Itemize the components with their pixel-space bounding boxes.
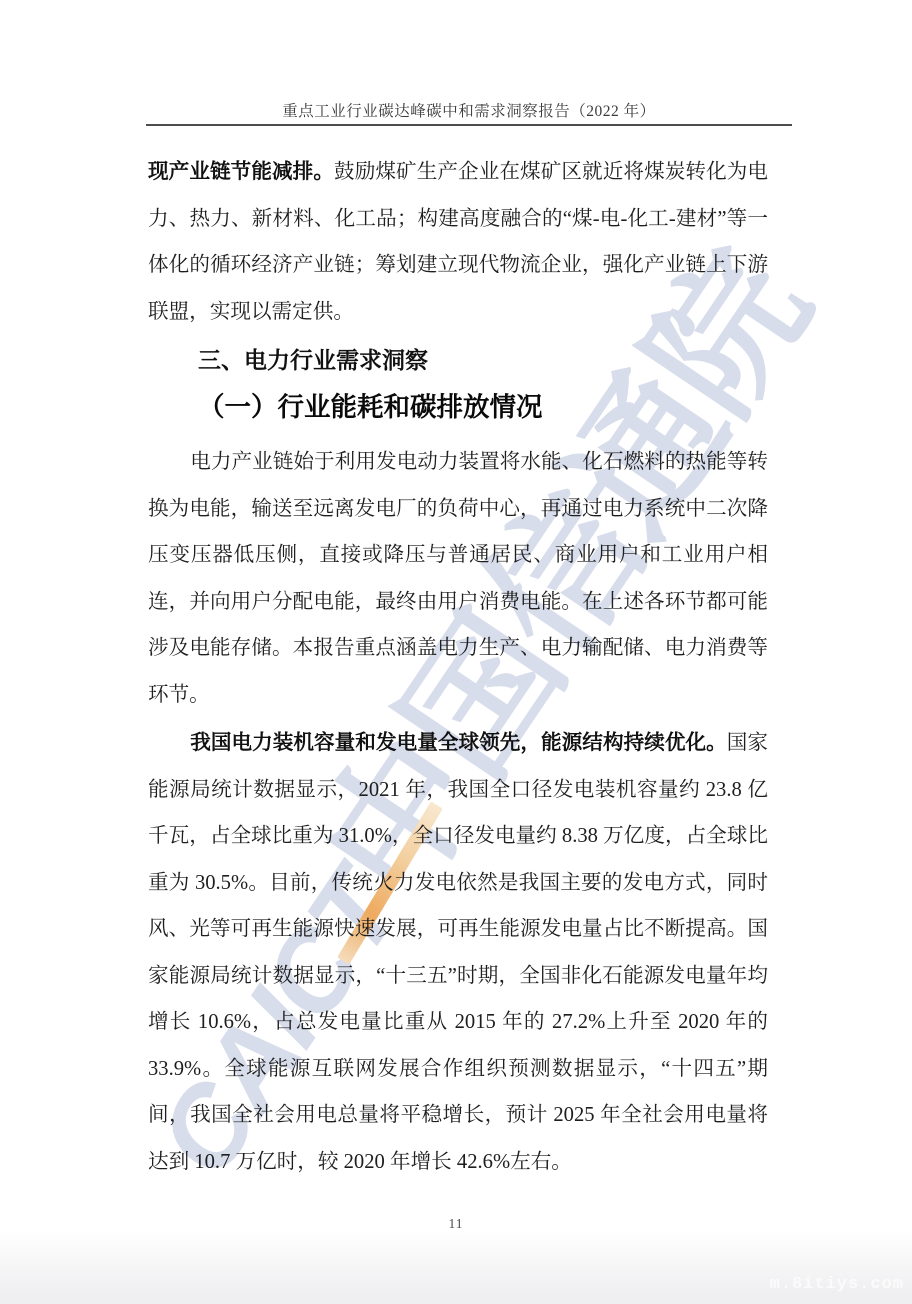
running-header-title: 重点工业行业碳达峰碳中和需求洞察报告（2022 年） <box>146 99 792 121</box>
subsection-heading-energy-carbon: （一）行业能耗和碳排放情况 <box>198 387 768 427</box>
paragraph-text: 鼓励煤矿生产企业在煤矿区就近将煤炭转化为电力、热力、新材料、化工品；构建高度融合… <box>148 161 768 323</box>
paragraph-text: 电力产业链始于利用发电动力装置将水能、化石燃料的热能等转换为电能，输送至远离发电… <box>148 451 768 706</box>
document-page: CAICT中国信通院 重点工业行业碳达峰碳中和需求洞察报告（2022 年） 现产… <box>0 0 912 1304</box>
header-rule <box>146 124 792 126</box>
paragraph-bold-lead: 现产业链节能减排。 <box>148 160 334 183</box>
page-body: 现产业链节能减排。鼓励煤矿生产企业在煤矿区就近将煤炭转化为电力、热力、新材料、化… <box>148 149 768 1185</box>
bottom-shade: m.8itiys.com <box>0 1230 912 1304</box>
section-heading-power-industry: 三、电力行业需求洞察 <box>198 342 768 378</box>
paragraph-power-chain: 电力产业链始于利用发电动力装置将水能、化石燃料的热能等转换为电能，输送至远离发电… <box>148 439 768 718</box>
paragraph-bold-lead: 我国电力装机容量和发电量全球领先，能源结构持续优化。 <box>190 731 727 754</box>
paragraph-installed-capacity: 我国电力装机容量和发电量全球领先，能源结构持续优化。国家能源局统计数据显示，20… <box>148 720 768 1185</box>
page-number: 11 <box>0 1216 912 1232</box>
paragraph-coal-measures: 现产业链节能减排。鼓励煤矿生产企业在煤矿区就近将煤炭转化为电力、热力、新材料、化… <box>148 149 768 335</box>
page-header: 重点工业行业碳达峰碳中和需求洞察报告（2022 年） <box>146 99 792 126</box>
paragraph-text: 国家能源局统计数据显示，2021 年，我国全口径发电装机容量约 23.8 亿千瓦… <box>148 732 768 1173</box>
corner-watermark: m.8itiys.com <box>770 1275 904 1294</box>
